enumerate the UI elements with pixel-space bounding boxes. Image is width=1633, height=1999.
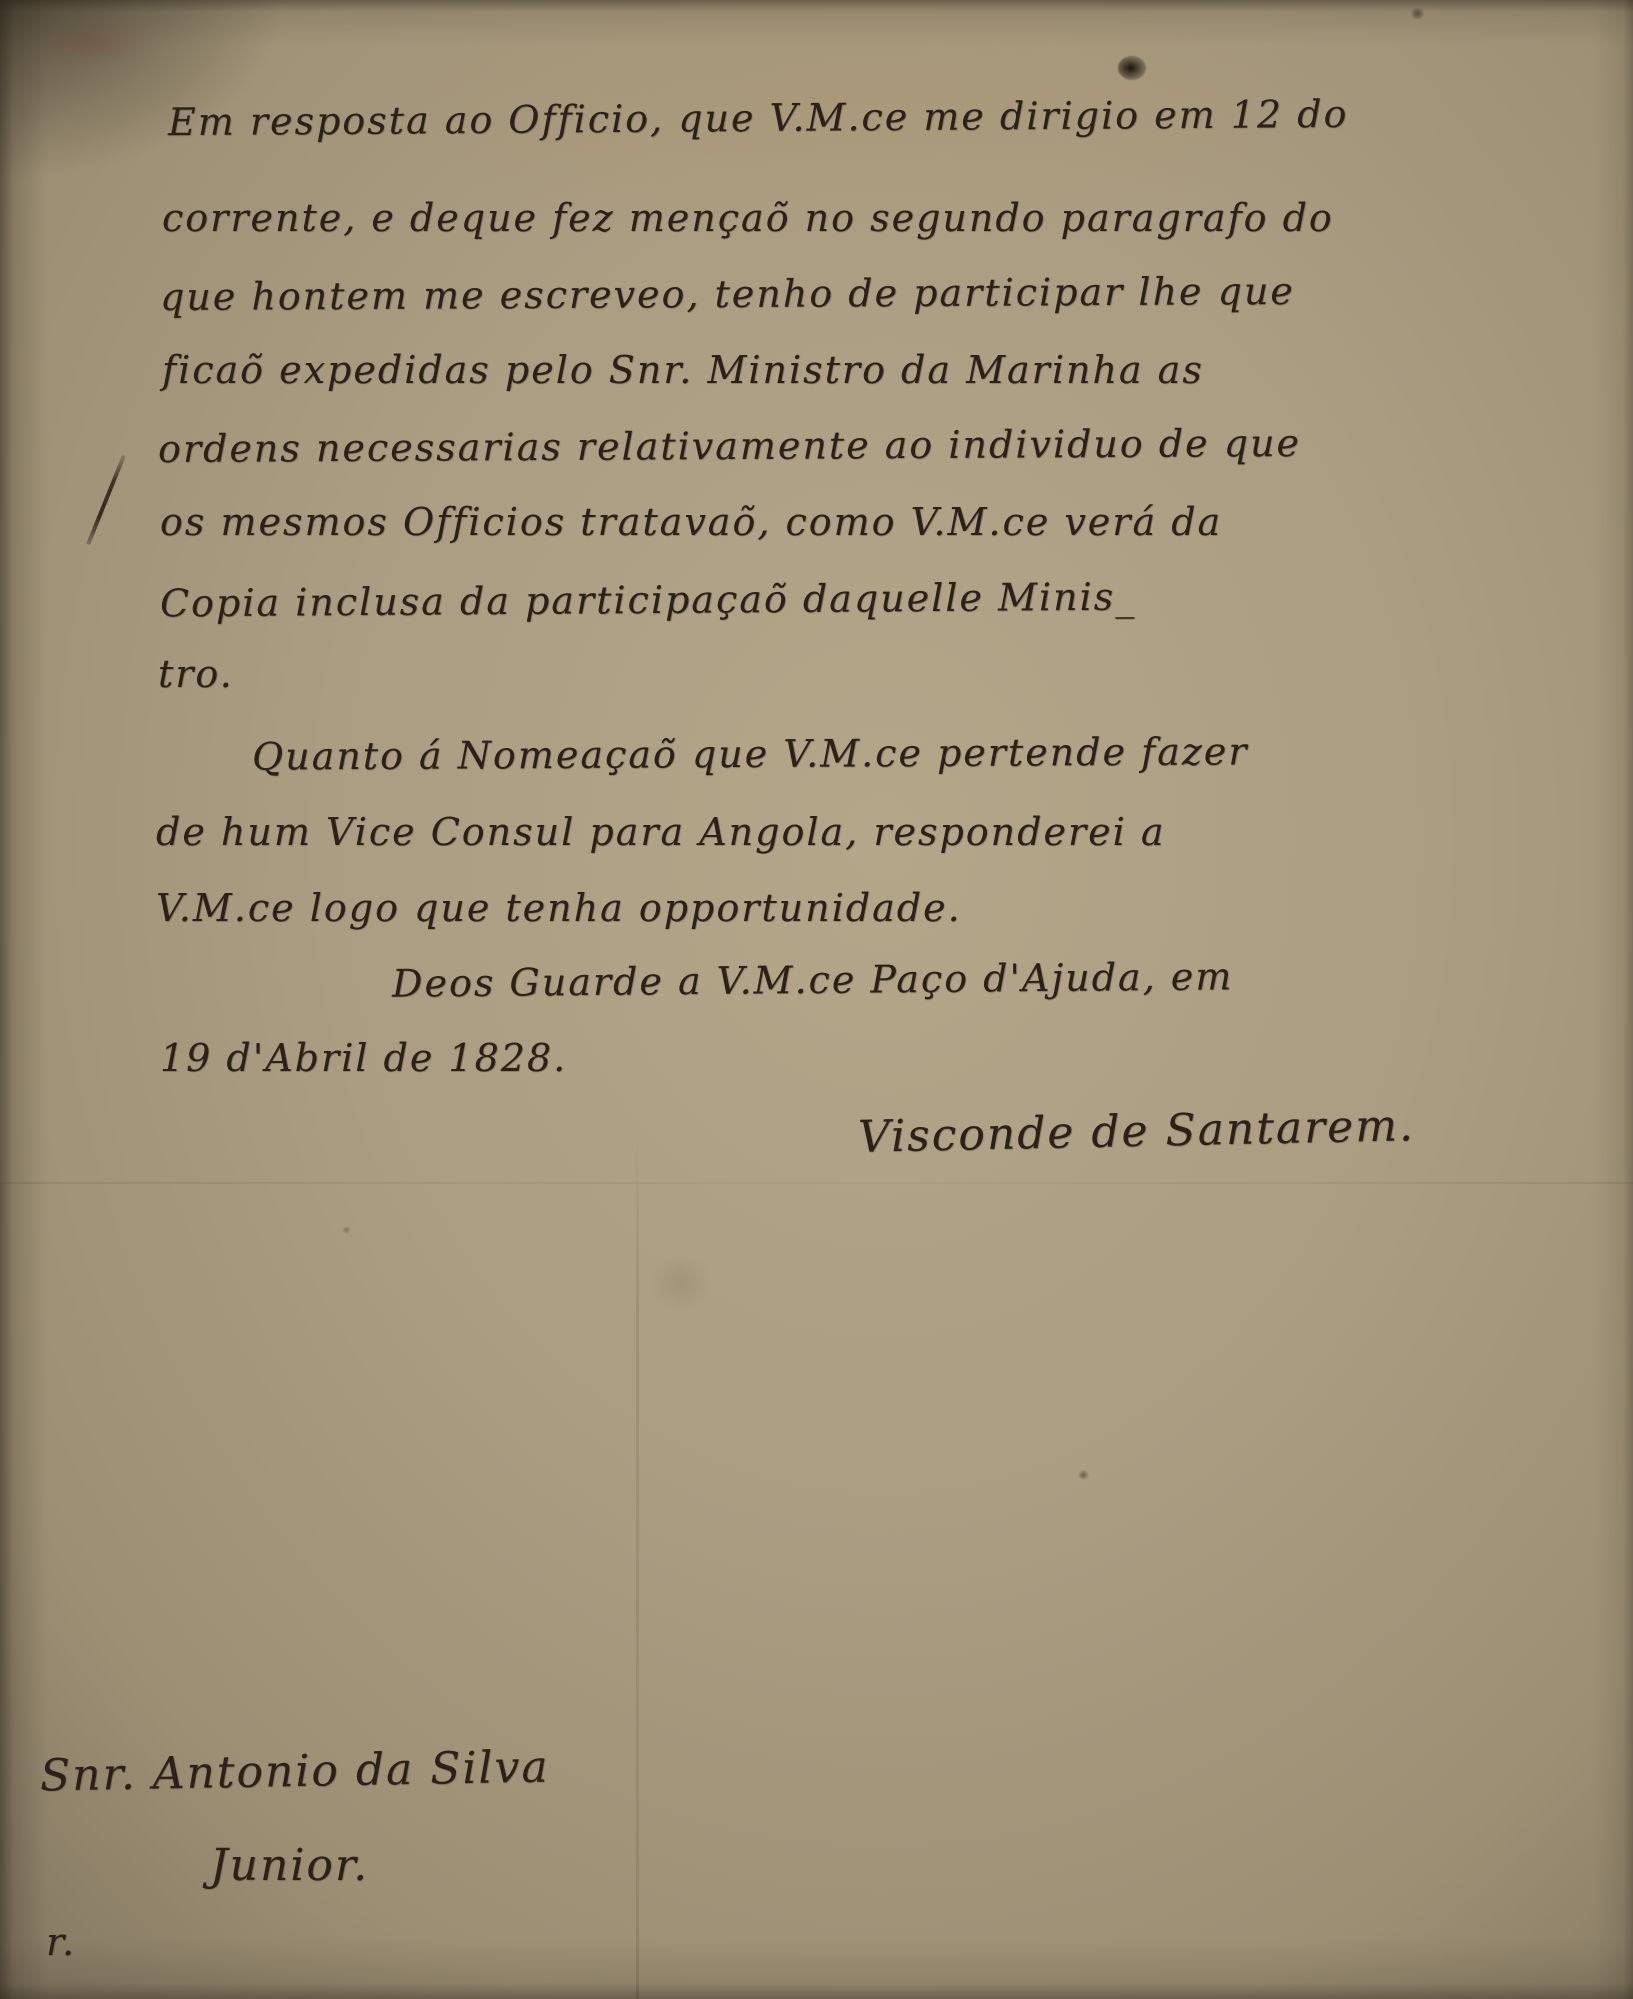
letter-line-1: Em resposta ao Officio, que V.M.ce me di… — [168, 92, 1349, 144]
ink-speck — [1078, 1470, 1089, 1480]
manuscript-letter-page: Em resposta ao Officio, que V.M.ce me di… — [0, 0, 1633, 1999]
letter-line-7: Copia inclusa da participaçaõ daquelle M… — [160, 575, 1137, 626]
addressee-name: Snr. Antonio da Silva — [40, 1742, 550, 1802]
letter-line-6: os mesmos Officios tratavaõ, como V.M.ce… — [160, 500, 1222, 544]
letter-line-11: V.M.ce logo que tenha opportunidade. — [156, 886, 962, 930]
paper-fold-vertical — [636, 1130, 639, 1999]
letter-line-3: que hontem me escreveo, tenho de partici… — [160, 269, 1295, 319]
letter-line-10: de hum Vice Consul para Angola, responde… — [156, 810, 1166, 854]
corner-initial-mark: r. — [46, 1920, 76, 1964]
ink-speck — [1410, 8, 1425, 19]
letter-line-2: corrente, e deque fez mençaõ no segundo … — [162, 196, 1334, 240]
letter-line-5: ordens necessarias relativamente ao indi… — [158, 421, 1301, 471]
letter-line-4: ficaõ expedidas pelo Snr. Ministro da Ma… — [162, 348, 1204, 392]
ink-blot — [1118, 56, 1146, 80]
letter-line-9: Quanto á Nomeaçaõ que V.M.ce pertende fa… — [252, 729, 1249, 778]
addressee-suffix: Junior. — [210, 1840, 369, 1891]
paper-fold-horizontal — [0, 1182, 1633, 1184]
letter-line-8: tro. — [158, 652, 234, 696]
scan-corner-shadow — [0, 0, 420, 300]
ink-speck — [342, 1226, 351, 1234]
letter-line-12: Deos Guarde a V.M.ce Paço d'Ajuda, em — [392, 954, 1234, 1005]
signature: Visconde de Santarem. — [858, 1100, 1416, 1163]
paper-smudge — [652, 1258, 710, 1308]
faint-stamp-mark — [18, 20, 168, 80]
letter-line-13: 19 d'Abril de 1828. — [160, 1036, 567, 1080]
margin-pen-slash — [86, 455, 126, 546]
